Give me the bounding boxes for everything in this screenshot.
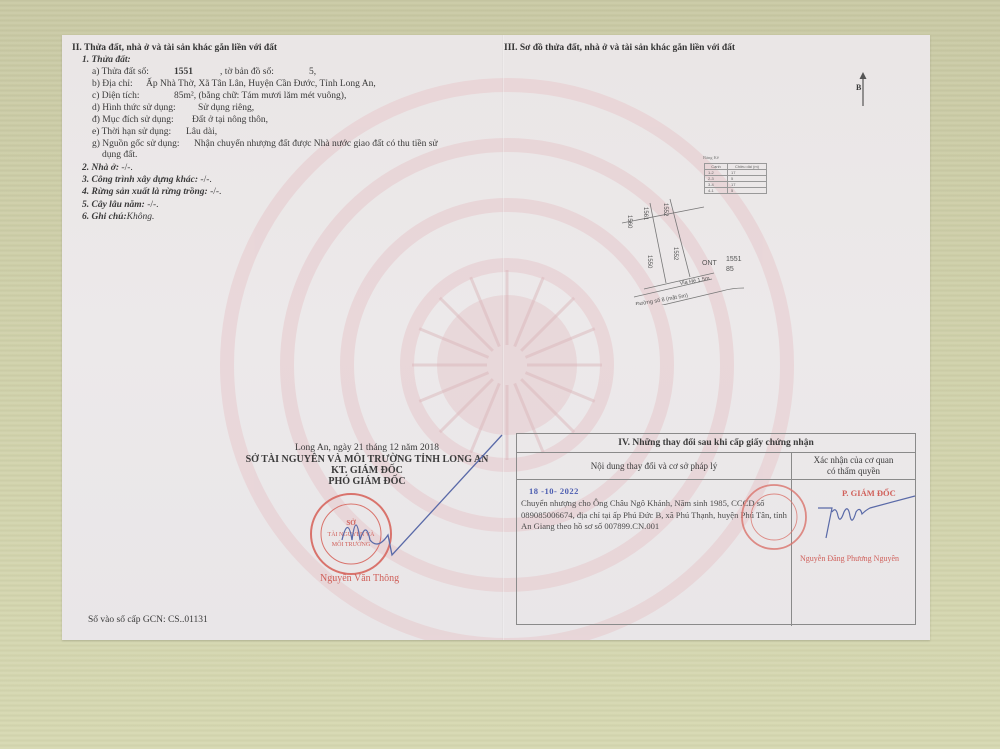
signer-name: Nguyễn Văn Thông xyxy=(320,573,399,584)
certificate-paper: II. Thửa đất, nhà ở và tài sản khác gắn … xyxy=(62,35,930,640)
svg-text:ONT: ONT xyxy=(702,260,718,267)
left-page: II. Thửa đất, nhà ở và tài sản khác gắn … xyxy=(62,35,502,640)
purpose-value: Đất ở tại nông thôn, xyxy=(192,115,268,125)
changes-table: IV. Những thay đổi sau khi cấp giấy chứn… xyxy=(516,433,916,625)
map-number: 5, xyxy=(309,67,316,77)
house-item: 2. Nhà ở: -/-. xyxy=(82,163,133,173)
use-form-value: Sử dụng riêng, xyxy=(198,103,254,113)
svg-text:1561: 1561 xyxy=(642,207,648,221)
origin-value: Nhận chuyển nhượng đất được Nhà nước gia… xyxy=(194,139,438,149)
confirm-signer: Nguyễn Đăng Phương Nguyên xyxy=(800,554,899,563)
north-label: B xyxy=(856,83,861,92)
change-content-header: Nội dung thay đổi và cơ sở pháp lý xyxy=(517,453,792,479)
section-ii-title: II. Thửa đất, nhà ở và tài sản khác gắn … xyxy=(72,43,277,53)
edge-table-caption: Bảng Kê xyxy=(703,155,719,160)
other-construction-item: 3. Công trình xây dựng khác: -/-. xyxy=(82,175,212,185)
svg-text:1552: 1552 xyxy=(662,203,668,217)
section-iii-title: III. Sơ đồ thửa đất, nhà ở và tài sản kh… xyxy=(504,43,735,53)
signature-right xyxy=(810,490,920,550)
term-value: Lâu dài, xyxy=(186,127,217,137)
parcel-sketch: 1560 1561 1552 1550 1552 ONT 1551 85 Vỉa… xyxy=(614,185,754,305)
authority-confirm-header: Xác nhận của cơ quan có thẩm quyền xyxy=(792,453,915,479)
origin-value-cont: dụng đất. xyxy=(102,150,137,160)
forest-item: 4. Rừng sản xuất là rừng trồng: -/-. xyxy=(82,187,221,197)
purpose-label: đ) Mục đích sử dụng: xyxy=(92,115,174,125)
term-label: e) Thời hạn sử dụng: xyxy=(92,127,171,137)
perennial-tree-item: 5. Cây lâu năm: -/-. xyxy=(82,200,159,210)
svg-text:85: 85 xyxy=(726,266,734,273)
change-date-stamp: 18 -10- 2022 xyxy=(529,486,579,496)
map-label: , tờ bản đồ số: xyxy=(220,67,274,77)
area-value: 85m², (bằng chữ: Tám mươi lăm mét vuông)… xyxy=(174,91,346,101)
registry-number: Số vào sổ cấp GCN: CS..01131 xyxy=(88,615,208,625)
right-page: III. Sơ đồ thửa đất, nhà ở và tài sản kh… xyxy=(504,35,930,640)
note-item: 6. Ghi chú:Không. xyxy=(82,212,154,222)
svg-text:1550: 1550 xyxy=(646,255,652,269)
section-iv-title: IV. Những thay đổi sau khi cấp giấy chứn… xyxy=(517,434,915,453)
change-entry-row: 18 -10- 2022 Chuyển nhượng cho Ông Châu … xyxy=(517,480,915,626)
signature-left xyxy=(332,430,512,570)
svg-text:1551: 1551 xyxy=(726,256,742,263)
origin-label: g) Nguồn gốc sử dụng: xyxy=(92,139,179,149)
parcel-label: a) Thửa đất số: xyxy=(92,67,149,77)
address-value: Ấp Nhà Thờ, Xã Tân Lân, Huyện Cần Đước, … xyxy=(146,79,376,89)
svg-text:1552: 1552 xyxy=(672,247,678,261)
area-label: c) Diện tích: xyxy=(92,91,139,101)
parcel-number: 1551 xyxy=(174,67,193,77)
svg-text:Vỉa Hè 1.5m: Vỉa Hè 1.5m xyxy=(679,275,710,287)
svg-text:1560: 1560 xyxy=(626,215,632,229)
address-label: b) Địa chỉ: xyxy=(92,79,133,89)
changes-table-header: Nội dung thay đổi và cơ sở pháp lý Xác n… xyxy=(517,453,915,480)
land-heading: 1. Thửa đất: xyxy=(82,55,131,65)
use-form-label: d) Hình thức sử dụng: xyxy=(92,103,176,113)
